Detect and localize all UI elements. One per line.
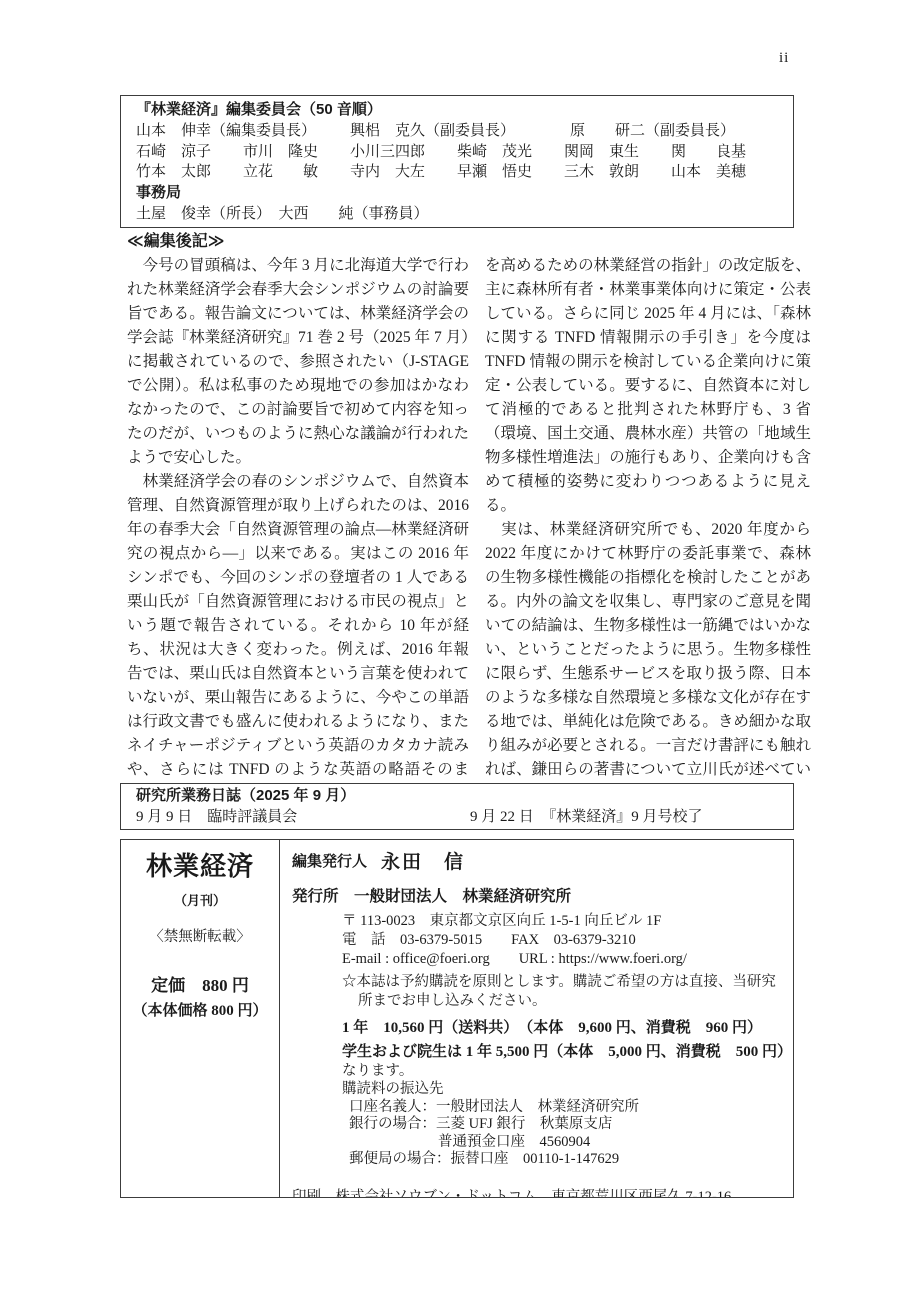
secretariat-label: 事務局 [136,183,778,204]
postscript-paragraph: 実は、林業経済研究所でも、2020 年度から 2022 年度にかけて林野庁の委託… [485,518,811,781]
committee-member: 三木 敦朗 [564,162,671,183]
committee-member: 石崎 涼子 [136,142,243,163]
committee-member: 興梠 克久（副委員長） [350,121,570,142]
no-reprint-notice: 〈禁無断転載〉 [121,925,279,946]
postal-transfer-line: 郵便局の場合：振替口座 00110-1-147629 [349,1151,787,1169]
journal-title-text: 林業経済 [146,851,254,881]
committee-member: 立花 敏 [243,162,350,183]
postscript-paragraph: を高めるための林業経営の指針」の改定版を、主に森林所有者・林業事業体向けに策定・… [485,254,811,518]
phone-fax-line: 電 話 03-6379-5015 FAX 03-6379-3210 [342,931,787,950]
editor-label: 編集発行人 [292,853,367,870]
email-url-line: E-mail : office@foeri.org URL : https://… [342,950,787,969]
diary-entries: 9 月 9 日 臨時評議員会 9 月 22 日 『林業経済』9 月号校了 [136,807,778,828]
postscript-heading: ≪編集後記≫ [127,230,469,254]
printer-line: 印刷 株式会社ソウブン・ドットコム 東京都荒川区西尾久 7-12-16 [292,1188,787,1198]
committee-member: 寺内 大左 [350,162,457,183]
postscript-left-column: ≪編集後記≫ 今号の冒頭稿は、今年 3 月に北海道大学で行われた林業経済学会春季… [127,230,469,781]
committee-row: 竹本 太郎 立花 敏 寺内 大左 早瀬 悟史 三木 敦朗 山本 美穂 [136,162,778,183]
committee-row: 石崎 涼子 市川 隆史 小川三四郎 柴崎 茂光 関岡 東生 関 良基 [136,142,778,163]
committee-member: 竹本 太郎 [136,162,243,183]
committee-member: 関岡 東生 [564,142,671,163]
diary-title: 研究所業務日誌（2025 年 9 月） [136,786,778,807]
colophon-left-pane: 林業経済（月刊） 〈禁無断転載〉 定価 880 円 （本体価格 800 円） [121,840,280,1197]
transfer-heading: 購読料の振込先 [342,1081,787,1099]
committee-member: 関 良基 [671,142,778,163]
journal-frequency: （月刊） [174,893,226,908]
student-price-suffix: なります。 [342,1062,787,1080]
postscript-paragraph: 今号の冒頭稿は、今年 3 月に北海道大学で行われた林業経済学会春季大会シンポジウ… [127,254,469,470]
student-price-line: 学生および院生は 1 年 5,500 円（本体 5,000 円、消費税 500 … [342,1043,787,1062]
diary-entry: 9 月 9 日 臨時評議員会 [136,807,470,828]
journal-title: 林業経済（月刊） [121,851,279,916]
publisher-line: 発行所 一般財団法人 林業経済研究所 [292,887,787,906]
committee-member: 山本 美穂 [671,162,778,183]
postscript-section: ≪編集後記≫ 今号の冒頭稿は、今年 3 月に北海道大学で行われた林業経済学会春季… [127,230,811,781]
editorial-committee-box: 『林業経済』編集委員会（50 音順） 山本 伸幸（編集委員長） 興梠 克久（副委… [120,95,794,228]
account-name-line: 口座名義人：一般財団法人 林業経済研究所 [349,1099,787,1117]
editor-name: 永田 信 [381,852,465,873]
postal-address: 〒 113-0023 東京都文京区向丘 1-5-1 向丘ビル 1F [342,912,787,931]
bank-account-line: 普通預金口座 4560904 [438,1134,787,1152]
bank-line: 銀行の場合：三菱 UFJ 銀行 秋葉原支店 [349,1116,787,1134]
page-number: ii [779,50,789,67]
committee-member: 原 研二（副委員長） [570,121,778,142]
postscript-right-column: を高めるための林業経営の指針」の改定版を、主に森林所有者・林業事業体向けに策定・… [485,230,811,781]
postscript-paragraph: 林業経済学会の春のシンポジウムで、自然資本管理、自然資源管理が取り上げられたのは… [127,470,469,781]
price-base-label: （本体価格 800 円） [121,999,279,1020]
journal-colophon-page: ii 『林業経済』編集委員会（50 音順） 山本 伸幸（編集委員長） 興梠 克久… [0,0,917,1295]
subscription-note: ☆本誌は予約購読を原則とします。購読ご希望の方は直接、当研究所までお申し込みくだ… [342,973,787,1011]
diary-box: 研究所業務日誌（2025 年 9 月） 9 月 9 日 臨時評議員会 9 月 2… [120,783,794,830]
committee-member: 市川 隆史 [243,142,350,163]
colophon-right-pane: 編集発行人永田 信 発行所 一般財団法人 林業経済研究所 〒 113-0023 … [280,840,793,1197]
secretariat-members: 土屋 俊幸（所長） 大西 純（事務員） [136,204,778,225]
annual-price-line: 1 年 10,560 円（送料共） （本体 9,600 円、消費税 960 円） [342,1019,787,1038]
committee-title: 『林業経済』編集委員会（50 音順） [136,100,778,121]
editor-row: 編集発行人永田 信 [292,852,787,874]
committee-member: 柴崎 茂光 [457,142,564,163]
committee-member: 山本 伸幸（編集委員長） [136,121,350,142]
diary-entry: 9 月 22 日 『林業経済』9 月号校了 [470,807,778,828]
committee-member: 小川三四郎 [350,142,457,163]
publisher-contact-block: 〒 113-0023 東京都文京区向丘 1-5-1 向丘ビル 1F 電 話 03… [342,912,787,1169]
committee-row: 山本 伸幸（編集委員長） 興梠 克久（副委員長） 原 研二（副委員長） [136,121,778,142]
colophon-box: 林業経済（月刊） 〈禁無断転載〉 定価 880 円 （本体価格 800 円） 編… [120,839,794,1198]
committee-member: 早瀬 悟史 [457,162,564,183]
price-label: 定価 880 円 [121,971,279,996]
